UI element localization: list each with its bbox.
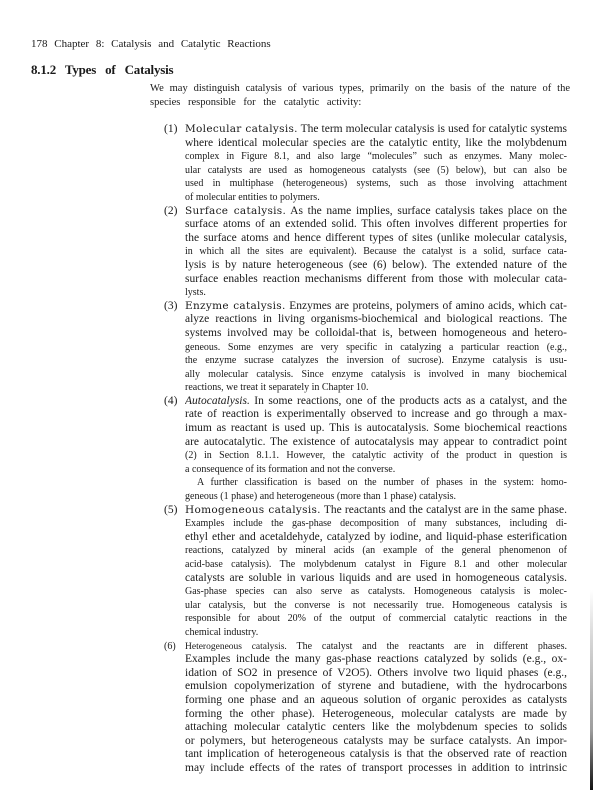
text-line: acid-base catalysis). The molybdenum cat…: [185, 558, 567, 572]
item-number: (3): [164, 300, 177, 314]
text-line: reactions, catalyzed by mineral acids (a…: [185, 544, 567, 558]
text-line: geneous (1 phase) and heterogeneous (mor…: [185, 490, 567, 504]
text-line: or polymers, but heterogeneous catalysts…: [185, 735, 567, 749]
item-number: (1): [164, 123, 177, 137]
text-line: In some reactions, one of the products a…: [250, 395, 567, 407]
text-line: idation of SO2 in presence of V2O5). Oth…: [185, 667, 567, 681]
text-line: chemical industry.: [185, 626, 567, 640]
text-line: reactions, we treat it separately in Cha…: [185, 381, 567, 395]
text-line: are autocatalytic. The existence of auto…: [185, 436, 567, 450]
running-head: 178 Chapter 8: Catalysis and Catalytic R…: [31, 38, 271, 50]
text-line: responsible for about 20% of the output …: [185, 612, 567, 626]
item-number: (2): [164, 205, 177, 219]
item-number: (5): [164, 504, 177, 518]
item-term: Enzyme catalysis.: [185, 300, 286, 312]
text-line: of molecular entities to polymers.: [185, 191, 567, 205]
list-item-enzyme: (3) Enzyme catalysis. Enzymes are protei…: [150, 300, 570, 395]
list-item-molecular: (1) Molecular catalysis. The term molecu…: [150, 123, 570, 205]
item-term: Surface catalysis.: [185, 205, 286, 217]
text-line: Examples include the many gas-phase reac…: [185, 653, 567, 667]
text-line: ular catalysts are used as homogeneous c…: [185, 164, 567, 178]
text-line: the enzyme sucrase catalyzes the inversi…: [185, 354, 567, 368]
text-line: surface atoms of an extended solid. This…: [185, 218, 567, 232]
text-line: geneous. Some enzymes are very specific …: [185, 341, 567, 355]
text-line: forming the other phase). Heterogeneous,…: [185, 708, 567, 722]
text-line: where identical molecular species are th…: [185, 137, 567, 151]
text-line: The catalyst and the reactants are in di…: [287, 641, 567, 652]
text-line: ally molecular catalysis. Since enzyme c…: [185, 368, 567, 382]
text-line: alyze reactions in living organisms-bioc…: [185, 313, 567, 327]
text-line: As the name implies, surface catalysis t…: [286, 205, 567, 217]
text-line: The reactants and the catalyst are in th…: [321, 504, 567, 516]
text-line: lysis is by nature heterogeneous (see (6…: [185, 259, 567, 273]
text-line: emulsion copolymerization of styrene and…: [185, 680, 567, 694]
catalysis-types-list: (1) Molecular catalysis. The term molecu…: [150, 123, 570, 776]
text-line: lysts.: [185, 286, 567, 300]
text-line: (2) in Section 8.1.1. However, the catal…: [185, 449, 567, 463]
text-line: The term molecular catalysis is used for…: [298, 123, 567, 135]
text-line: rate of reaction is experimentally obser…: [185, 408, 567, 422]
text-line: ethyl ether and acetaldehyde, catalyzed …: [185, 531, 567, 545]
item-number: (4): [164, 395, 177, 409]
text-line: tant implication of heterogeneous cataly…: [185, 748, 567, 762]
text-line: surface enables reaction mechanisms diff…: [185, 273, 567, 287]
text-line: a consequence of its formation and not t…: [185, 463, 567, 477]
item-number: (6): [164, 640, 176, 654]
text-line: catalysts are soluble in various liquids…: [185, 572, 567, 586]
item-term: Homogeneous catalysis.: [185, 504, 321, 516]
text-line: Examples include the gas-phase decomposi…: [185, 517, 567, 531]
text-line: complex in Figure 8.1, and also large “m…: [185, 150, 567, 164]
text-line: imum as reactant is used up. This is aut…: [185, 422, 567, 436]
section-title: 8.1.2 Types of Catalysis: [31, 62, 173, 78]
text-line: the surface atoms and hence different ty…: [185, 232, 567, 246]
text-line: Enzymes are proteins, polymers of amino …: [286, 300, 567, 312]
text-line: used in multiphase (heterogeneous) syste…: [185, 177, 567, 191]
list-item-autocatalysis: (4) Autocatalysis. In some reactions, on…: [150, 395, 570, 504]
text-line: forming one phase and an aqueous solutio…: [185, 694, 567, 708]
text-line: Gas-phase species can also serve as cata…: [185, 585, 567, 599]
text-line: A further classification is based on the…: [185, 476, 567, 490]
text-line: systems involved may be colloidal-that i…: [185, 327, 567, 341]
text-line: attaching molecular catalytic centers li…: [185, 721, 567, 735]
scan-page-edge: [590, 590, 593, 790]
text-line: may include effects of the rates of tran…: [185, 762, 567, 776]
text-line: in which all the sites are equivalent). …: [185, 245, 567, 259]
text-line: species responsible for the catalytic ac…: [150, 96, 570, 110]
list-item-surface: (2) Surface catalysis. As the name impli…: [150, 205, 570, 300]
list-item-heterogeneous: (6) Heterogeneous catalysis. The catalys…: [150, 640, 570, 776]
item-term: Autocatalysis.: [185, 395, 250, 407]
text-line: We may distinguish catalysis of various …: [150, 82, 570, 96]
text-line: ular catalysis, but the converse is not …: [185, 599, 567, 613]
list-item-homogeneous: (5) Homogeneous catalysis. The reactants…: [150, 504, 570, 640]
intro-paragraph: We may distinguish catalysis of various …: [150, 82, 570, 109]
item-term: Heterogeneous catalysis.: [185, 642, 287, 652]
item-term: Molecular catalysis.: [185, 123, 298, 135]
